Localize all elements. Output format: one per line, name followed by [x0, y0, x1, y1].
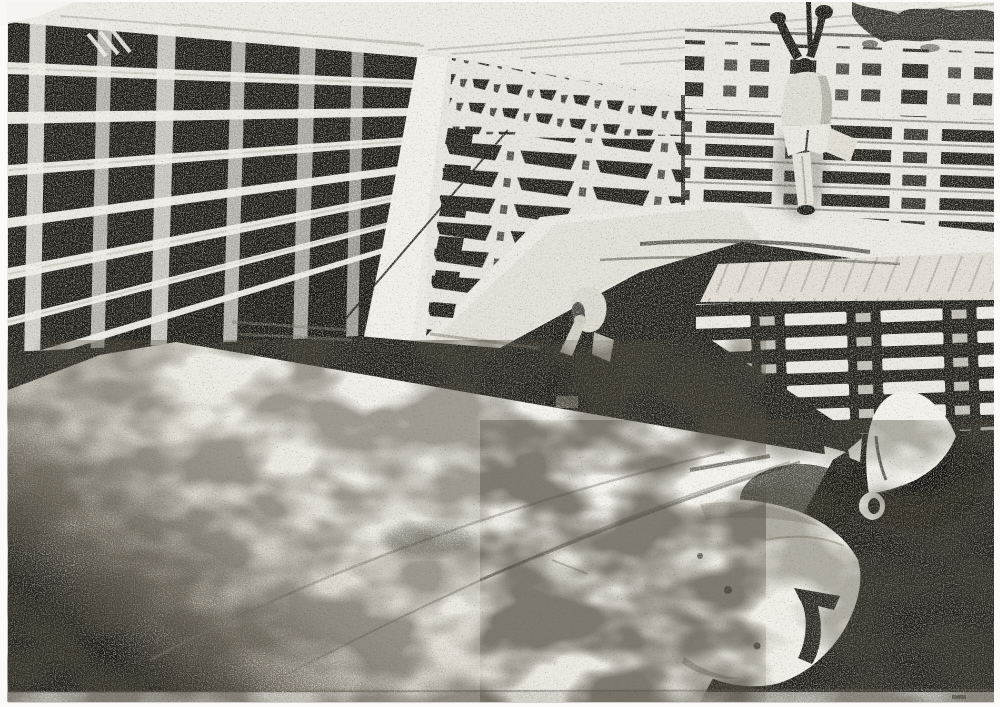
photo-canvas: Interior of a slatted timber barrack — [0, 0, 1000, 707]
halftone-grain — [6, 2, 994, 702]
halftone-photo: Interior of a slatted timber barrack — [0, 0, 1000, 707]
